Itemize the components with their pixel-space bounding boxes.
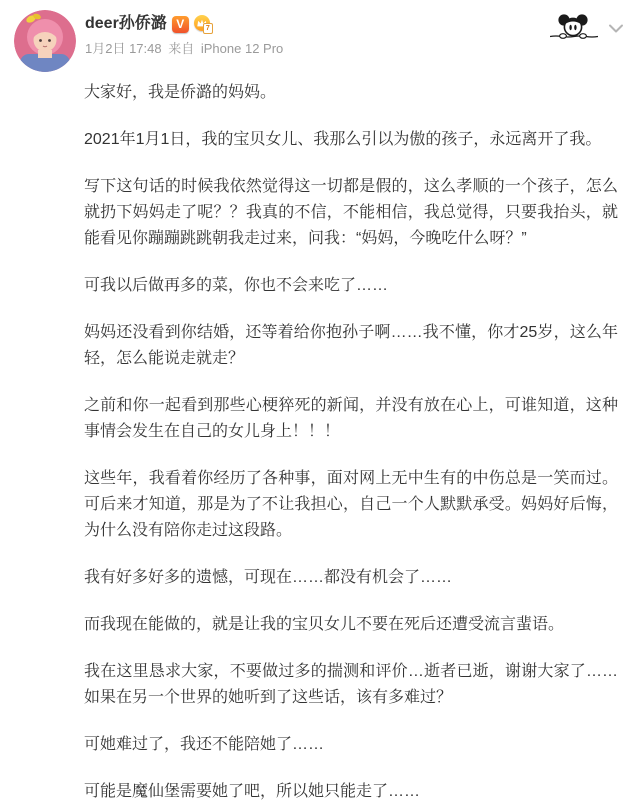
post-paragraph: 这些年，我看着你经历了各种事，面对网上无中生有的中伤总是一笑而过。可后来才知道，…: [84, 466, 618, 544]
post-timestamp: 1月2日 17:48: [85, 41, 162, 56]
post-header: deer孙侨潞 V 7 1月2日 17:48 来自 iPhone 12 Pro: [0, 0, 640, 72]
post-paragraph: 可她难过了，我还不能陪她了……: [84, 732, 618, 758]
post-paragraph: 可能是魔仙堡需要她了吧，所以她只能走了……: [84, 779, 618, 805]
post-source[interactable]: iPhone 12 Pro: [201, 41, 283, 56]
header-right: [550, 10, 624, 49]
post-paragraph: 之前和你一起看到那些心梗猝死的新闻，并没有放在心上，可谁知道，这种事情会发生在自…: [84, 393, 618, 445]
source-prefix: 来自: [168, 41, 194, 56]
weibo-post-card: deer孙侨潞 V 7 1月2日 17:48 来自 iPhone 12 Pro: [0, 0, 640, 808]
mickey-pendant-icon: [550, 12, 598, 49]
post-paragraph: 而我现在能做的，就是让我的宝贝女儿不要在死后还遭受流言蜚语。: [84, 612, 618, 638]
post-paragraph: 妈妈还没看到你结婚，还等着给你抱孙子啊……我不懂，你才25岁，这么年轻，怎么能说…: [84, 320, 618, 372]
header-text-block: deer孙侨潞 V 7 1月2日 17:48 来自 iPhone 12 Pro: [85, 10, 550, 56]
post-paragraph: 我有好多好多的遗憾，可现在……都没有机会了……: [84, 565, 618, 591]
post-paragraph: 我在这里恳求大家，不要做过多的揣测和评价…逝者已逝，谢谢大家了……如果在另一个世…: [84, 659, 618, 711]
post-paragraph: 写下这句话的时候我依然觉得这一切都是假的，这么孝顺的一个孩子，怎么就扔下妈妈走了…: [84, 174, 618, 252]
vip-level-number: 7: [203, 23, 213, 34]
chevron-down-icon[interactable]: [608, 12, 624, 39]
avatar[interactable]: [14, 10, 76, 72]
post-paragraph: 2021年1月1日，我的宝贝女儿、我那么引以为傲的孩子，永远离开了我。: [84, 127, 618, 153]
post-paragraph: 大家好，我是侨潞的妈妈。: [84, 80, 618, 106]
username[interactable]: deer孙侨潞: [85, 15, 167, 33]
avatar-image: [14, 10, 76, 72]
post-meta: 1月2日 17:48 来自 iPhone 12 Pro: [85, 41, 550, 56]
vip-badge-icon: 7: [194, 15, 212, 33]
name-row: deer孙侨潞 V 7: [85, 15, 550, 33]
verified-badge-icon: V: [172, 16, 189, 33]
post-paragraph: 可我以后做再多的菜，你也不会来吃了……: [84, 273, 618, 299]
post-content: 大家好，我是侨潞的妈妈。2021年1月1日，我的宝贝女儿、我那么引以为傲的孩子，…: [0, 72, 640, 805]
